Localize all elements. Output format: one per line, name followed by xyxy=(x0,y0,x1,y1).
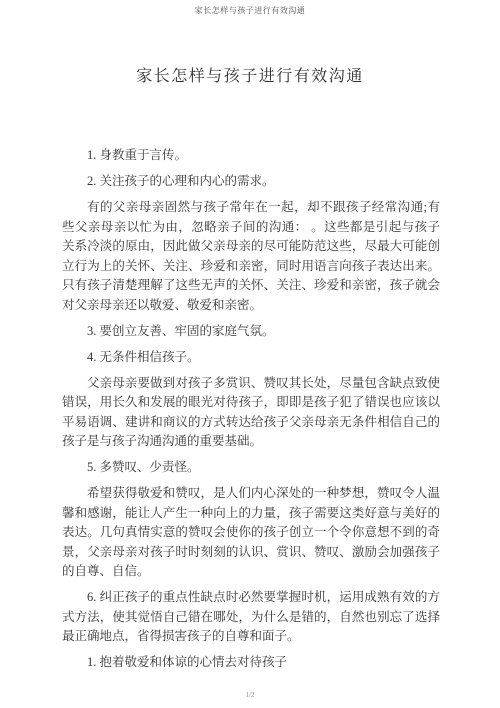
paragraph-trust-child: 父亲母亲要做到对孩子多赏识、赞叹其长处，尽量包含缺点致使错误，用长久和发展的眼光… xyxy=(62,374,440,452)
list-item-3: 3. 要创立友善、牢固的家庭气氛。 xyxy=(62,322,440,342)
list-item-5: 5. 多赞叹、少责怪。 xyxy=(62,458,440,478)
document-page: 家长怎样与孩子进行有效沟通 家长怎样与孩子进行有效沟通 1. 身教重于言传。 2… xyxy=(0,0,500,708)
list-item-2: 2. 关注孩子的心理和内心的需求。 xyxy=(62,172,440,192)
list-item-1: 1. 身教重于言传。 xyxy=(62,146,440,166)
list-item-respect: 1. 抱着敬爱和体谅的心情去对待孩子 xyxy=(62,653,440,673)
list-item-4: 4. 无条件相信孩子。 xyxy=(62,348,440,368)
page-title: 家长怎样与孩子进行有效沟通 xyxy=(0,63,500,86)
paragraph-correcting-faults: 6. 纠正孩子的重点性缺点时必然要掌握时机，运用成熟有效的方式方法，使其觉悟自己… xyxy=(62,588,440,647)
paragraph-communication-gap: 有的父亲母亲固然与孩子常年在一起，却不跟孩子经常沟通;有些父亲母亲以忙为由，忽略… xyxy=(62,198,440,315)
document-body: 1. 身教重于言传。 2. 关注孩子的心理和内心的需求。 有的父亲母亲固然与孩子… xyxy=(62,146,440,679)
document-header-text: 家长怎样与孩子进行有效沟通 xyxy=(0,5,500,16)
page-number: 1/2 xyxy=(0,691,500,699)
paragraph-praise: 希望获得敬爱和赞叹，是人们内心深处的一种梦想，赞叹令人温馨和感谢，能让人产生一种… xyxy=(62,484,440,582)
